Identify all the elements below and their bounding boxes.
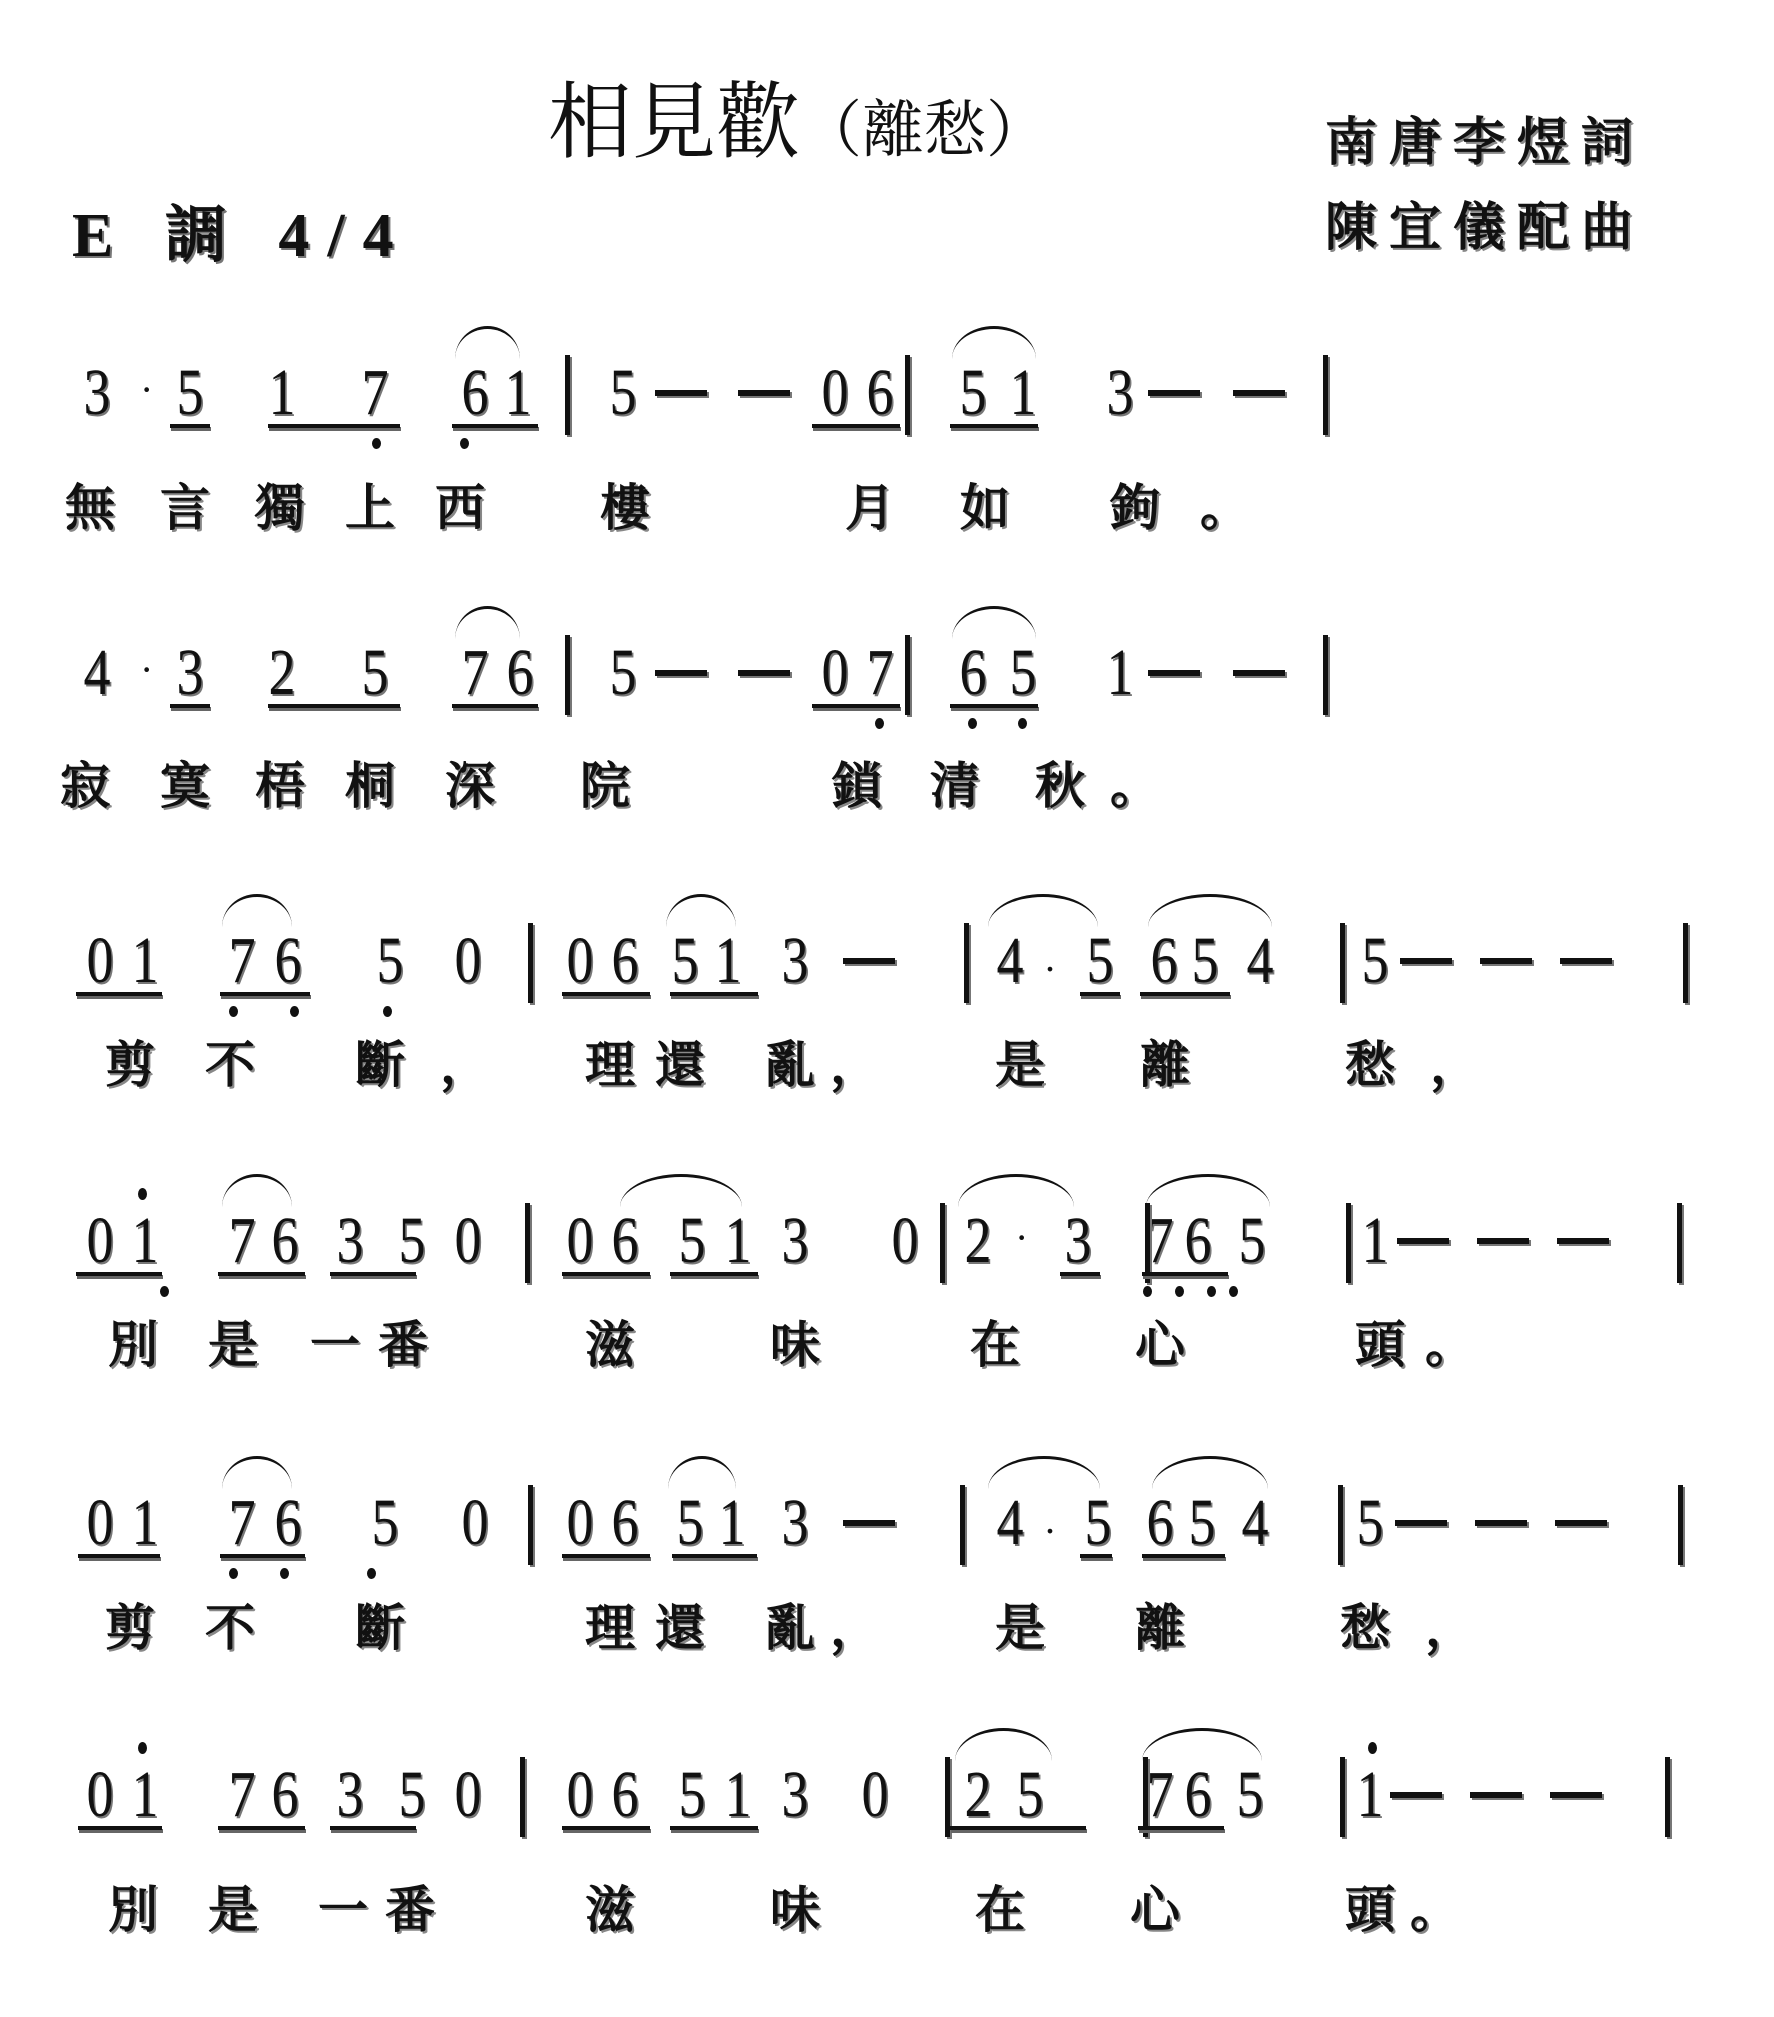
note-digit: 6 [609,928,642,994]
low-octave-dot-icon [1207,1286,1216,1297]
slur-arc [222,894,292,927]
note-digit: 5 [669,928,702,994]
note-digit: 5 [607,360,640,426]
note-digit: 7 [226,1762,259,1828]
note-digit: 2 [266,640,299,706]
note-digit: 0 [452,1762,485,1828]
note-digit: 0 [84,1208,117,1274]
augmentation-dot: · [140,650,153,690]
eighth-underline [1060,1272,1100,1276]
eighth-underline [76,992,162,996]
sustain-dash [1233,390,1285,396]
bar-line [1665,1757,1670,1837]
eighth-underline [670,1272,758,1276]
note-digit: 5 [359,640,392,706]
lyric-char: 梧 [255,756,305,816]
eighth-underline [812,704,900,708]
note-digit: 5 [369,1490,402,1556]
slur-arc [1146,1174,1270,1207]
eighth-underline [812,424,900,428]
sustain-dash [1555,1520,1607,1526]
sustain-dash [655,390,707,396]
note-digit: 6 [269,1762,302,1828]
augmentation-dot: . [1045,1500,1055,1540]
lyric-char: 寂 [60,756,110,816]
eighth-underline [452,704,538,708]
sustain-dash [1395,1520,1447,1526]
note-digit: 4 [994,928,1027,994]
eighth-underline [562,1554,650,1558]
lyric-char: 離 [1140,1035,1190,1095]
note-digit: 5 [676,1762,709,1828]
lyric-char: 深 [445,756,495,816]
note-digit: 3 [81,360,114,426]
note-digit: 3 [779,1762,812,1828]
note-digit: 3 [779,1208,812,1274]
note-digit: 5 [1014,1762,1047,1828]
note-digit: 1 [129,1490,162,1556]
note-digit: 6 [1182,1762,1215,1828]
eighth-underline [452,424,538,428]
sustain-dash [1475,1520,1527,1526]
note-digit: 1 [1007,360,1040,426]
note-digit: 0 [84,928,117,994]
sustain-dash [1550,1792,1602,1798]
slur-arc [455,326,520,359]
lyric-char: ， [830,1598,880,1658]
note-digit: 4 [1244,928,1277,994]
slur-arc [222,1456,292,1489]
note-digit: 6 [1144,1490,1177,1556]
lyric-char: 上 [345,478,395,538]
note-digit: 0 [84,1490,117,1556]
note-digit: 0 [564,1208,597,1274]
lyric-char: 。 [1110,756,1160,816]
lyric-char: 番 [378,1315,428,1375]
note-digit: 5 [1189,928,1222,994]
note-digit: 6 [269,1208,302,1274]
bar-line [528,923,533,1003]
note-digit: 5 [607,640,640,706]
note-digit: 5 [374,928,407,994]
note-digit: 7 [459,640,492,706]
eighth-underline [218,1272,305,1276]
note-digit: 4 [81,640,114,706]
note-digit: 0 [564,928,597,994]
bar-line [528,1485,533,1565]
note-digit: 1 [712,928,745,994]
lyric-char: 味 [770,1315,820,1375]
lyric-char: ， [440,1035,490,1095]
lyric-char: 如 [960,478,1010,538]
sustain-dash [1400,958,1452,964]
eighth-underline [170,424,210,428]
eighth-underline [170,704,210,708]
high-octave-dot-icon [138,1188,147,1200]
note-digit: 7 [864,640,897,706]
low-octave-dot-icon [968,718,977,729]
note-digit: 4 [994,1490,1027,1556]
note-digit: 5 [1084,928,1117,994]
note-digit: 0 [564,1490,597,1556]
lyric-char: 清 [930,756,980,816]
note-digit: 1 [129,1762,162,1828]
note-digit: 5 [1359,928,1392,994]
note-digit: 5 [1234,1762,1267,1828]
lyricist-credit: 南唐李煜詞 [1325,100,1645,175]
note-digit: 1 [266,360,299,426]
note-digit: 6 [504,640,537,706]
low-octave-dot-icon [160,1286,169,1297]
lyric-char: 在 [975,1880,1025,1940]
eighth-underline [330,1826,416,1830]
slur-arc [666,894,736,927]
bar-line [905,635,910,715]
low-octave-dot-icon [280,1568,289,1579]
high-octave-dot-icon [1368,1742,1377,1754]
bar-line [1677,1203,1682,1283]
lyric-char: 是 [208,1315,258,1375]
note-digit: 0 [84,1762,117,1828]
note-digit: 7 [226,928,259,994]
sustain-dash [1477,1238,1529,1244]
note-digit: 6 [609,1762,642,1828]
low-octave-dot-icon [1018,718,1027,729]
note-digit: 5 [174,360,207,426]
lyric-char: 心 [1130,1880,1180,1940]
sustain-dash [843,958,895,964]
lyric-char: 月 [845,478,895,538]
low-octave-dot-icon [1229,1286,1238,1297]
bar-line [565,355,570,435]
bar-line [1340,1757,1345,1837]
lyric-char: 心 [1135,1315,1185,1375]
note-digit: 6 [272,928,305,994]
note-digit: 3 [334,1762,367,1828]
lyric-char: 斷 [355,1598,405,1658]
lyric-char: 院 [580,756,630,816]
note-digit: 1 [1359,1208,1392,1274]
note-digit: 2 [962,1762,995,1828]
low-octave-dot-icon [372,438,381,449]
lyric-char: 鉤 [1110,478,1160,538]
lyric-char: 滋 [585,1880,635,1940]
note-digit: 6 [957,640,990,706]
bar-line [565,635,570,715]
eighth-underline [1080,992,1120,996]
eighth-underline [1080,1554,1112,1558]
bar-line [520,1757,525,1837]
note-digit: 6 [1182,1208,1215,1274]
slur-arc [668,1456,736,1489]
note-digit: 7 [226,1490,259,1556]
lyric-char: 頭 [1345,1880,1395,1940]
note-digit: 5 [396,1762,429,1828]
lyric-char: ， [1430,1035,1480,1095]
slur-arc [955,1728,1052,1761]
note-digit: 1 [502,360,535,426]
lyric-char: 愁 [1345,1035,1395,1095]
eighth-underline [330,1272,416,1276]
eighth-underline [76,1272,162,1276]
lyric-char: 是 [208,1880,258,1940]
sustain-dash [1470,1792,1522,1798]
lyric-char: ， [1425,1598,1475,1658]
lyric-char: ， [830,1035,880,1095]
lyric-char: 言 [160,478,210,538]
eighth-underline [562,992,650,996]
note-digit: 5 [674,1490,707,1556]
eighth-underline [1138,1826,1224,1830]
sustain-dash [1560,958,1612,964]
composer-credit: 陳宜儀配曲 [1325,185,1645,260]
lyric-char: 。 [1425,1315,1475,1375]
lyric-char: 味 [770,1880,820,1940]
lyric-char: 離 [1135,1598,1185,1658]
bar-line [960,1485,965,1565]
lyric-char: 寞 [160,756,210,816]
note-digit: 0 [452,1208,485,1274]
low-octave-dot-icon [383,1006,392,1017]
note-digit: 6 [272,1490,305,1556]
slur-arc [222,1174,292,1207]
low-octave-dot-icon [1175,1286,1184,1297]
bar-line [1145,1203,1150,1283]
bar-line [1323,355,1328,435]
note-digit: 1 [722,1208,755,1274]
eighth-underline [562,1826,650,1830]
note-digit: 0 [819,640,852,706]
note-digit: 5 [396,1208,429,1274]
sustain-dash [1148,390,1200,396]
note-digit: 1 [1354,1762,1387,1828]
sustain-dash [1233,670,1285,676]
slur-arc [1142,1728,1262,1761]
low-octave-dot-icon [367,1568,376,1579]
eighth-underline [670,992,758,996]
slur-arc [1152,1456,1268,1489]
sustain-dash [738,390,790,396]
note-digit: 6 [609,1490,642,1556]
augmentation-dot: . [1045,938,1055,978]
sustain-dash [1148,670,1200,676]
slur-arc [952,326,1036,359]
lyric-char: 還 [655,1598,705,1658]
eighth-underline [78,1826,162,1830]
note-digit: 3 [1062,1208,1095,1274]
slur-arc [620,1174,742,1207]
lyric-char: 剪 [105,1598,155,1658]
bar-line [1683,923,1688,1003]
eighth-underline [562,1272,650,1276]
sustain-dash [738,670,790,676]
sustain-dash [843,1520,895,1526]
note-digit: 1 [129,928,162,994]
note-digit: 1 [129,1208,162,1274]
slur-arc [988,894,1098,927]
note-digit: 3 [779,928,812,994]
note-digit: 6 [1148,928,1181,994]
sustain-dash [1557,1238,1609,1244]
note-digit: 0 [819,360,852,426]
high-octave-dot-icon [138,1742,147,1754]
lyric-char: 理 [585,1598,635,1658]
lyric-char: 在 [970,1315,1020,1375]
lyric-char: 一 [310,1315,360,1375]
eighth-underline [220,992,310,996]
low-octave-dot-icon [290,1006,299,1017]
eighth-underline [268,424,400,428]
note-digit: 5 [1354,1490,1387,1556]
lyric-char: 還 [655,1035,705,1095]
lyric-char: 亂 [765,1035,815,1095]
low-octave-dot-icon [229,1568,238,1579]
lyric-char: 。 [1410,1880,1460,1940]
eighth-underline [672,1554,757,1558]
note-digit: 7 [226,1208,259,1274]
bar-line [1323,635,1328,715]
note-digit: 6 [459,360,492,426]
lyric-char: 愁 [1340,1598,1390,1658]
key-time-signature: E 調 4/4 [72,185,412,274]
sustain-dash [1397,1238,1449,1244]
eighth-underline [220,1554,305,1558]
low-octave-dot-icon [875,718,884,729]
note-digit: 1 [716,1490,749,1556]
note-digit: 7 [1144,1762,1177,1828]
lyric-char: 一 [318,1880,368,1940]
sustain-dash [1390,1792,1442,1798]
bar-line [1346,1203,1351,1283]
eighth-underline [1142,1272,1228,1276]
note-digit: 6 [609,1208,642,1274]
eighth-underline [950,424,1038,428]
lyric-char: 斷 [355,1035,405,1095]
note-digit: 5 [957,360,990,426]
lyric-char: 頭 [1355,1315,1405,1375]
slur-arc [455,606,520,639]
note-digit: 0 [452,928,485,994]
lyric-char: 。 [1200,478,1250,538]
sustain-dash [1480,958,1532,964]
note-digit: 5 [1236,1208,1269,1274]
note-digit: 3 [779,1490,812,1556]
note-digit: 5 [676,1208,709,1274]
song-subtitle: （離愁） [800,93,1048,166]
lyric-char: 西 [435,478,485,538]
bar-line [964,923,969,1003]
note-digit: 1 [722,1762,755,1828]
bar-line [945,1757,950,1837]
lyric-char: 不 [205,1598,255,1658]
lyric-char: 亂 [765,1598,815,1658]
bar-line [1340,923,1345,1003]
note-digit: 3 [1104,360,1137,426]
bar-line [940,1203,945,1283]
note-digit: 6 [864,360,897,426]
lyric-char: 無 [65,478,115,538]
low-octave-dot-icon [460,438,469,449]
song-title-main: 相見歡 [548,73,800,171]
lyric-char: 別 [108,1315,158,1375]
note-digit: 0 [889,1208,922,1274]
augmentation-dot: · [140,370,153,410]
bar-line [525,1203,530,1283]
note-digit: 2 [962,1208,995,1274]
eighth-underline [950,1826,1086,1830]
sustain-dash [655,670,707,676]
note-digit: 3 [334,1208,367,1274]
lyric-char: 是 [995,1598,1045,1658]
bar-line [905,355,910,435]
lyric-char: 剪 [105,1035,155,1095]
slur-arc [952,606,1036,639]
augmentation-dot: · [1015,1218,1028,1258]
low-octave-dot-icon [229,1006,238,1017]
eighth-underline [670,1826,758,1830]
slur-arc [958,1174,1074,1207]
lyric-char: 鎖 [832,756,882,816]
note-digit: 7 [359,360,392,426]
eighth-underline [78,1554,160,1558]
lyric-char: 秋 [1035,756,1085,816]
eighth-underline [1142,1554,1225,1558]
note-digit: 0 [859,1762,892,1828]
eighth-underline [268,704,400,708]
note-digit: 0 [564,1762,597,1828]
note-digit: 4 [1239,1490,1272,1556]
lyric-char: 別 [108,1880,158,1940]
note-digit: 0 [459,1490,492,1556]
lyric-char: 番 [385,1880,435,1940]
bar-line [1143,1757,1148,1837]
eighth-underline [1140,992,1230,996]
note-digit: 5 [1186,1490,1219,1556]
note-digit: 5 [1082,1490,1115,1556]
note-digit: 3 [174,640,207,706]
lyric-char: 桐 [345,756,395,816]
lyric-char: 獨 [255,478,305,538]
eighth-underline [218,1826,305,1830]
bar-line [1338,1485,1343,1565]
lyric-char: 是 [995,1035,1045,1095]
lyric-char: 理 [585,1035,635,1095]
lyric-char: 不 [205,1035,255,1095]
song-title: 相見歡（離愁） [548,55,1048,176]
slur-arc [1148,894,1272,927]
low-octave-dot-icon [1143,1286,1152,1297]
bar-line [1678,1485,1683,1565]
eighth-underline [950,704,1038,708]
lyric-char: 滋 [585,1315,635,1375]
note-digit: 5 [1007,640,1040,706]
lyric-char: 樓 [600,478,650,538]
slur-arc [988,1456,1100,1489]
note-digit: 1 [1104,640,1137,706]
